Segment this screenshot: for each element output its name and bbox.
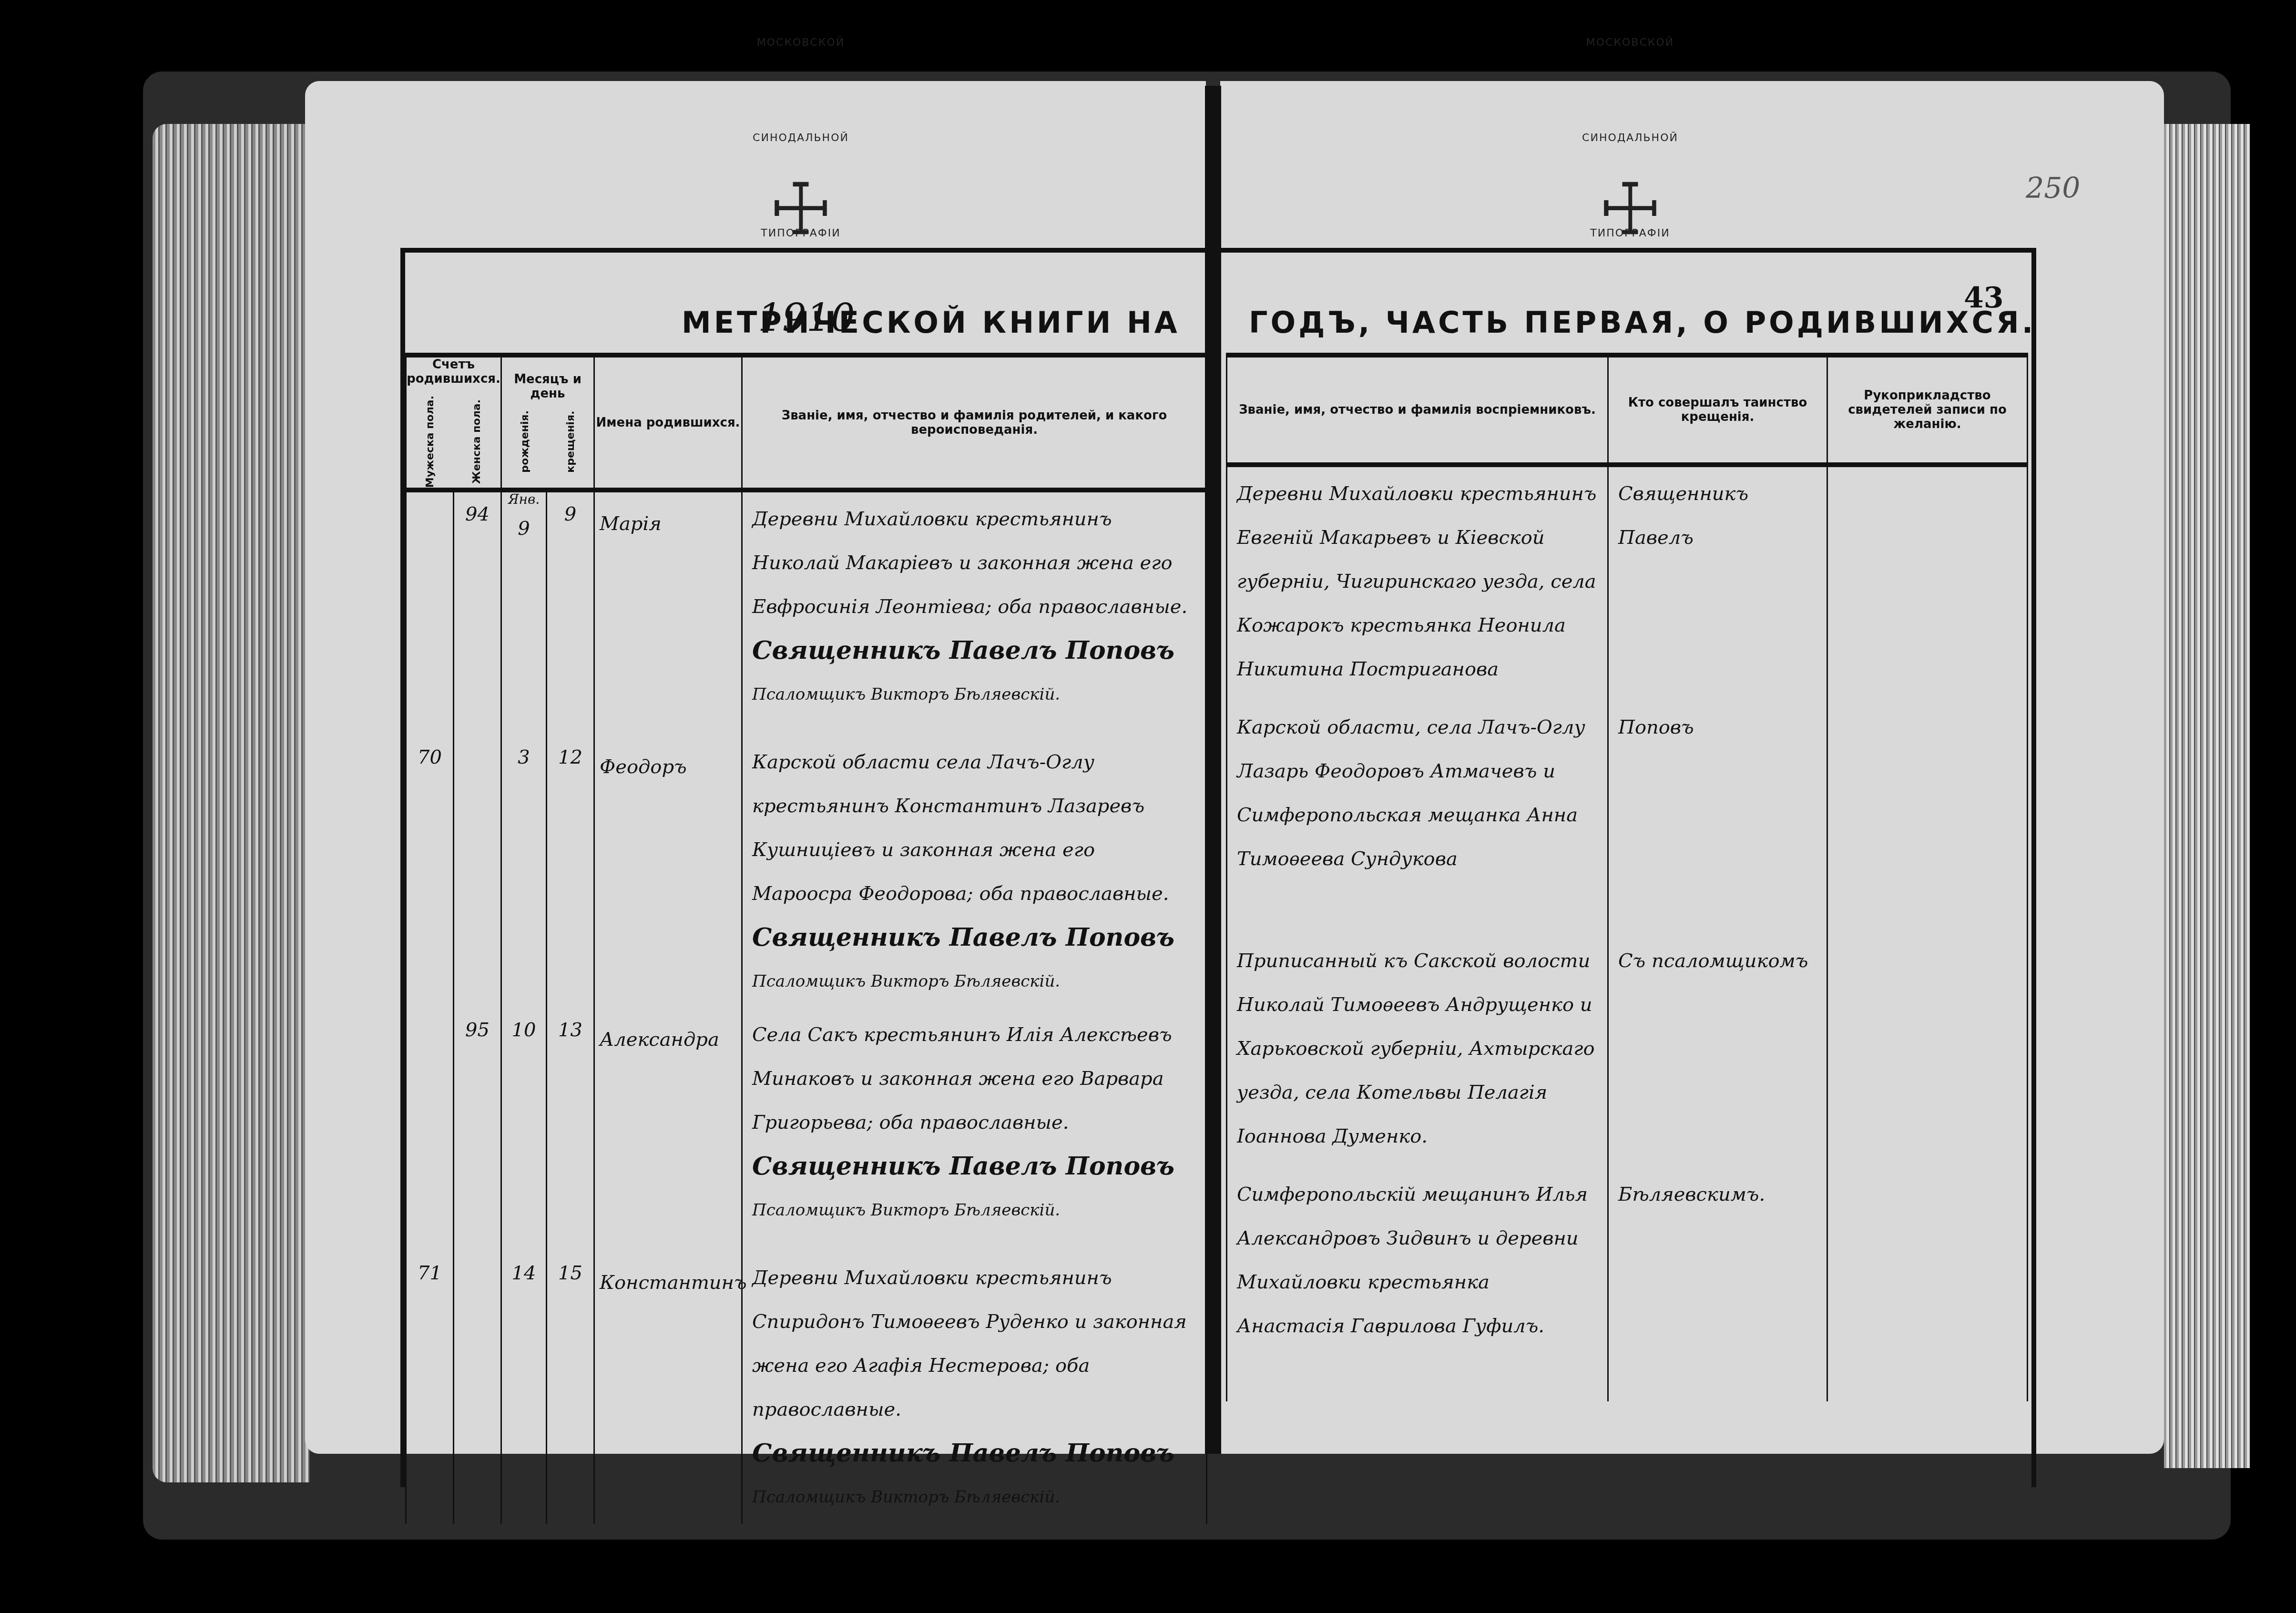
priest-signature: Священникъ Павелъ Поповъ: [752, 1144, 1196, 1188]
title-right: ГОДЪ, ЧАСТЬ ПЕРВАЯ, О РОДИВШИХСЯ.: [1249, 305, 2036, 340]
officiant-entry: Священникъ Павелъ: [1608, 465, 1827, 701]
child-name: Марія: [594, 490, 742, 735]
col-names: Имена родившихся.: [594, 355, 742, 490]
baptism-day: 15: [547, 1251, 594, 1524]
godparents-entry: Карской области, села Лачъ-Оглу Лазарь Ф…: [1227, 701, 1608, 934]
witness-signatures: [1827, 934, 2028, 1168]
godparents-entry: Деревни Михайловки крестьянинъ Евгеній М…: [1227, 465, 1608, 701]
godparents-entry: Симферопольскій мещанинъ Илья Александро…: [1227, 1168, 1608, 1401]
count-male: 71: [406, 1251, 454, 1524]
child-name: Александра: [594, 1008, 742, 1251]
psalmist-signature: Псаломщикъ Викторъ Бѣляевскій.: [752, 1475, 1196, 1519]
table-row: Деревни Михайловки крестьянинъ Евгеній М…: [1227, 465, 2028, 701]
col-officiant: Кто совершалъ таинство крещенія.: [1608, 355, 1827, 465]
birth-day: 14: [501, 1251, 547, 1524]
priest-signature: Священникъ Павелъ Поповъ: [752, 1431, 1196, 1475]
witness-signatures: [1827, 701, 2028, 934]
count-female: 94: [454, 490, 501, 735]
priest-signature: Священникъ Павелъ Поповъ: [752, 629, 1196, 673]
parents-entry: Деревни Михайловки крестьянинъ Спиридонъ…: [742, 1251, 1207, 1524]
count-male: 70: [406, 735, 454, 1008]
parents-entry: Карской области села Лачъ-Оглу крестьяни…: [742, 735, 1207, 1008]
table-row: Карской области, села Лачъ-Оглу Лазарь Ф…: [1227, 701, 2028, 934]
godparents-entry: Приписанный къ Сакской волости Николай Т…: [1227, 934, 1608, 1168]
count-female: 95: [454, 1008, 501, 1251]
table-row: Симферопольскій мещанинъ Илья Александро…: [1227, 1168, 2028, 1401]
parents-entry: Села Сакъ крестьянинъ Илія Алексѣевъ Мин…: [742, 1008, 1207, 1251]
child-name: Феодоръ: [594, 735, 742, 1008]
col-count-male: Мужеска пола.: [424, 396, 436, 488]
register-table-left: Счетъ родившихся. Мужеска пола. Женска п…: [405, 353, 1207, 1524]
officiant-entry: Съ псаломщикомъ: [1608, 934, 1827, 1168]
baptism-day: 9: [547, 490, 594, 735]
witness-signatures: [1827, 1168, 2028, 1401]
officiant-entry: Бѣляевскимъ.: [1608, 1168, 1827, 1401]
table-row: 70 3 12 Феодоръ Карской области села Лач…: [406, 735, 1207, 1008]
table-row: Приписанный къ Сакской волости Николай Т…: [1227, 934, 2028, 1168]
priest-signature: Священникъ Павелъ Поповъ: [752, 916, 1196, 960]
archive-sheet-number: 250: [2026, 172, 2081, 205]
col-date-group: Месяцъ и день рожденія. крещенія.: [501, 355, 594, 490]
psalmist-signature: Псаломщикъ Викторъ Бѣляевскій.: [752, 1188, 1196, 1232]
birth-day: Янв.9: [501, 490, 547, 735]
emblem-ribbon: МОСКОВСКОЙ СИНОДАЛЬНОЙ ТИПОГРАФІИ: [1544, 0, 1716, 281]
col-date-baptism: крещенія.: [565, 410, 577, 473]
baptism-day: 12: [547, 735, 594, 1008]
parents-entry: Деревни Михайловки крестьянинъ Николай М…: [742, 490, 1207, 735]
col-count-group: Счетъ родившихся. Мужеска пола. Женска п…: [406, 355, 501, 490]
handwritten-year: 1910: [758, 296, 855, 340]
birth-day: 10: [501, 1008, 547, 1251]
emblem-ribbon: МОСКОВСКОЙ СИНОДАЛЬНОЙ ТИПОГРАФІИ: [715, 0, 887, 281]
col-witnesses: Рукоприкладство свидетелей записи по жел…: [1827, 355, 2028, 465]
count-male: [406, 490, 454, 735]
page-number: 43: [1964, 281, 2004, 315]
col-parents: Званіе, имя, отчество и фамилія родителе…: [742, 355, 1207, 490]
count-female: [454, 1251, 501, 1524]
count-female: [454, 735, 501, 1008]
table-row: 94 Янв.9 9 Марія Деревни Михайловки крес…: [406, 490, 1207, 735]
psalmist-signature: Псаломщикъ Викторъ Бѣляевскій.: [752, 960, 1196, 1003]
right-page-stack-edge: [2164, 124, 2250, 1468]
month-note: Янв.: [502, 492, 546, 507]
table-row: 71 14 15 Константинъ Деревни Михайловки …: [406, 1251, 1207, 1524]
col-date-birth: рожденія.: [519, 410, 531, 473]
title-left: МЕТРИЧЕСКОЙ КНИГИ НА: [682, 305, 1180, 340]
witness-signatures: [1827, 465, 2028, 701]
baptism-day: 13: [547, 1008, 594, 1251]
col-godparents: Званіе, имя, отчество и фамилія воспріем…: [1227, 355, 1608, 465]
table-row: 95 10 13 Александра Села Сакъ крестьянин…: [406, 1008, 1207, 1251]
officiant-entry: Поповъ: [1608, 701, 1827, 934]
child-name: Константинъ: [594, 1251, 742, 1524]
birth-day: 3: [501, 735, 547, 1008]
col-count-female: Женска пола.: [471, 396, 483, 488]
left-page-stack-edge: [153, 124, 310, 1482]
register-table-right: Званіе, имя, отчество и фамилія воспріем…: [1226, 353, 2028, 1401]
psalmist-signature: Псаломщикъ Викторъ Бѣляевскій.: [752, 673, 1196, 716]
count-male: [406, 1008, 454, 1251]
